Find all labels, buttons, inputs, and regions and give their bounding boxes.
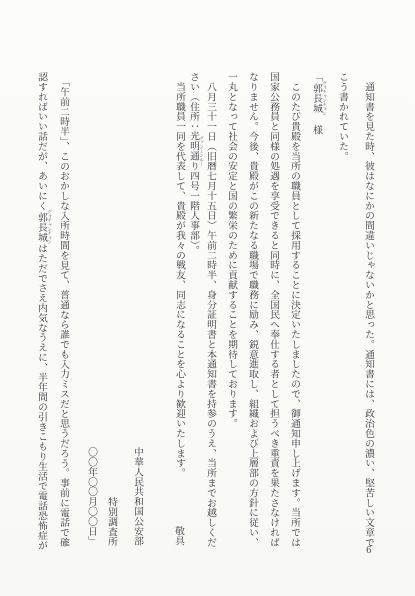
letter-body-line-6: さい（住所：光明通りグァンミンルー四号一階人事部）。 <box>187 72 204 255</box>
letter-body-line-7: 当所職員一同を代表して、貴殿が我々の戦友、同志になることを心より歓迎いたします。 <box>173 72 186 478</box>
letter-addressee-line: 「郭長城グォチャンチョン 様 <box>310 72 327 135</box>
letter-body-line-3: なりません。今後、貴殿がこの新たなる職場で職務に励み、鋭意進取し、組織および上層… <box>246 72 259 547</box>
narration-before-line-1: 通知書を見た時、彼はなにかの間違いじゃないかと思った。通知書には、政治色の濃い、… <box>362 72 375 547</box>
letter-closing-keigu: 敬具 <box>172 526 185 546</box>
letter-body-line-5: 八月三十一日（旧暦七月十五日）午前二時半、身分証明書と本通知書を持参のうえ、当所… <box>204 72 217 547</box>
narration-before-line-2: こう書かれていた。 <box>336 72 349 161</box>
letter-date-line: 〇〇年〇〇月〇〇日」 <box>85 447 98 546</box>
page-number: 6 <box>366 546 372 556</box>
letter-body-line-4: 一丸となって社会の安定と国の繁栄のために貢献することを期待しております。 <box>225 72 238 428</box>
letter-body-line-1: このたび貴殿を当所の職員として採用することに決定いたしましたので、御通知申し上げ… <box>288 72 301 547</box>
narration-after-line-2: 認すればいい話だが、あいにく郭長城グォチャンチョンはただでさえ内気なうえに、半年… <box>35 72 52 550</box>
book-page: 通知書を見た時、彼はなにかの間違いじゃないかと思った。通知書には、政治色の濃い、… <box>0 0 415 596</box>
narration-after-line-1: 「午前二時半」、このおかしな入所時間を見て、普通なら誰でも入力ミスだと思うだろう… <box>57 72 70 547</box>
letter-sender-dept: 特別調査所 <box>105 497 118 547</box>
letter-sender-org: 中華人民共和国公安部 <box>131 447 144 546</box>
letter-body-line-2: 国家公務員と同様の処遇を享受できると同時に、全国民へ奉仕する者として担うべき重責… <box>267 72 280 547</box>
